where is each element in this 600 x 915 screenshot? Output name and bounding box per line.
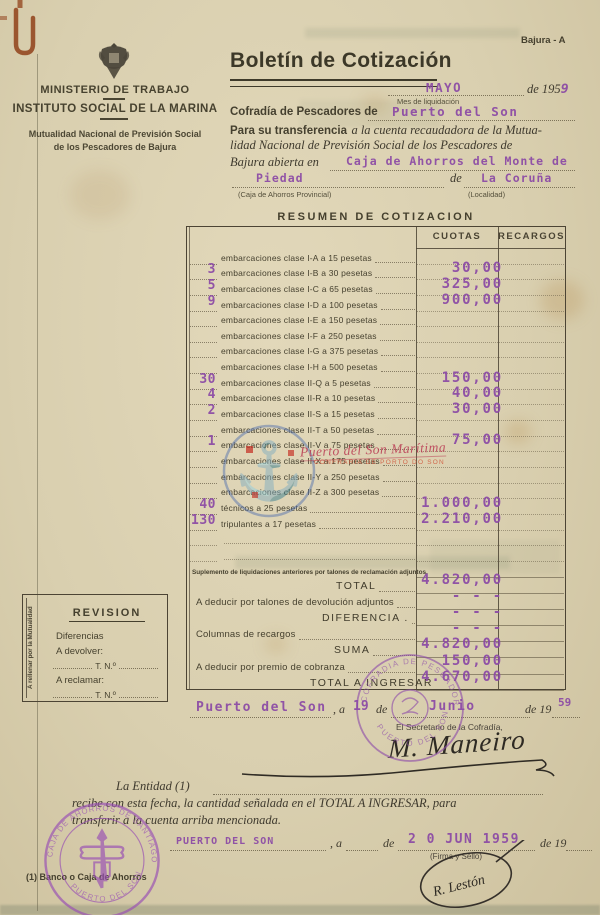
row-left-cell: DIFERENCIA . bbox=[190, 610, 416, 626]
cuota-value: 900,00 bbox=[442, 292, 503, 308]
recargo-cell bbox=[498, 296, 564, 312]
dot-leader bbox=[380, 340, 415, 341]
row-label: embarcaciones clase I-E a 150 pesetas bbox=[217, 315, 379, 327]
recargo-cell bbox=[498, 249, 564, 265]
table-row bbox=[190, 546, 564, 562]
table-row: embarcaciones clase I-E a 150 pesetas bbox=[190, 312, 564, 328]
cuota-cell bbox=[416, 312, 498, 328]
row-left-cell: embarcaciones clase I-H a 500 pesetas bbox=[190, 358, 416, 374]
row-label: embarcaciones clase I-A a 15 pesetas bbox=[217, 253, 374, 265]
cuota-value: 150,00 bbox=[442, 370, 503, 386]
recargo-cell bbox=[498, 343, 564, 359]
quantity-stamp: 9 bbox=[208, 294, 216, 309]
recargo-cell bbox=[498, 675, 564, 691]
row-label: embarcaciones clase I-B a 30 pesetas bbox=[217, 268, 374, 280]
row-label: embarcaciones clase I-C a 65 pesetas bbox=[217, 284, 375, 296]
dot-leader bbox=[381, 309, 415, 310]
rust-mark bbox=[0, 0, 60, 75]
divider bbox=[100, 118, 128, 120]
form-code: Bajura - A bbox=[521, 35, 566, 46]
recargo-cell bbox=[498, 642, 564, 658]
dot-leader bbox=[381, 371, 415, 372]
recargo-cell bbox=[498, 390, 564, 406]
revision-box: A rellenar por la Mutualidad REVISION Di… bbox=[22, 594, 168, 702]
cuota-cell bbox=[416, 531, 498, 547]
table-row: 3embarcaciones clase I-B a 30 pesetas30,… bbox=[190, 265, 564, 281]
table-row: 2embarcaciones clase II-S a 15 pesetas30… bbox=[190, 405, 564, 421]
de-label-2: de bbox=[383, 836, 394, 851]
table-row: 30embarcaciones clase II-Q a 5 pesetas15… bbox=[190, 374, 564, 390]
dot-leader bbox=[377, 434, 415, 435]
entity-label: La Entidad (1) bbox=[116, 779, 190, 794]
cofradia-round-stamp: COFRADIA DE PESCADORES PUERTO DEL SON bbox=[352, 650, 468, 766]
dot-leader bbox=[379, 591, 415, 592]
recargo-cell bbox=[498, 562, 564, 578]
footer-place-stamp: PUERTO DEL SON bbox=[176, 836, 274, 847]
revision-tn-line: T. N.º bbox=[53, 686, 158, 700]
cuota-cell bbox=[416, 343, 498, 359]
row-left-cell bbox=[190, 531, 416, 547]
revision-title-wrap: REVISION bbox=[47, 603, 167, 622]
row-left-cell: 3embarcaciones clase I-B a 30 pesetas bbox=[190, 265, 416, 281]
recargo-cell bbox=[498, 531, 564, 547]
cuota-value: 75,00 bbox=[452, 432, 503, 448]
summary-row: A deducir por talones de devolución adju… bbox=[190, 594, 564, 610]
summary-label: A deducir por talones de devolución adju… bbox=[192, 597, 396, 610]
summary-row: DIFERENCIA .- - - bbox=[190, 610, 564, 626]
table-title: RESUMEN DE COTIZACION bbox=[186, 211, 566, 223]
recargo-cell bbox=[498, 374, 564, 390]
recargo-cell bbox=[498, 578, 564, 594]
blank-line bbox=[190, 716, 331, 718]
paper-stain bbox=[70, 170, 130, 220]
row-left-cell: 30embarcaciones clase II-Q a 5 pesetas bbox=[190, 374, 416, 390]
quantity-stamp: 30 bbox=[199, 372, 216, 387]
quantity-stamp: 3 bbox=[208, 262, 216, 277]
row-label: embarcaciones clase I-H a 500 pesetas bbox=[217, 362, 380, 374]
blank-line bbox=[170, 849, 326, 851]
cuota-value: 30,00 bbox=[452, 401, 503, 417]
row-left-cell: A deducir por talones de devolución adju… bbox=[190, 594, 416, 610]
cuota-value: 1.000,00 bbox=[421, 495, 503, 511]
year-stamp: 9 bbox=[561, 82, 569, 97]
recargo-cell bbox=[498, 468, 564, 484]
document-page: MINISTERIO DE TRABAJO INSTITUTO SOCIAL D… bbox=[0, 0, 600, 915]
institute-title: INSTITUTO SOCIAL DE LA MARINA bbox=[0, 103, 230, 115]
summary-label: A deducir por premio de cobranza bbox=[192, 662, 347, 675]
recargo-cell bbox=[498, 658, 564, 674]
recargo-cell bbox=[498, 499, 564, 515]
mutualidad-line: de los Pescadores de Bajura bbox=[0, 142, 230, 152]
dot-leader bbox=[382, 496, 415, 497]
table-row: 5embarcaciones clase I-C a 65 pesetas325… bbox=[190, 280, 564, 296]
dot-leader bbox=[383, 481, 415, 482]
row-label: embarcaciones clase II-R a 10 pesetas bbox=[217, 393, 377, 405]
quantity-stamp: 4 bbox=[208, 387, 216, 402]
cuota-cell bbox=[416, 468, 498, 484]
bank-value-stamp: Caja de Ahorros del Monte de bbox=[346, 154, 568, 168]
recargo-cell bbox=[498, 515, 564, 531]
blank-line bbox=[464, 186, 575, 188]
quantity-blank bbox=[190, 467, 217, 484]
recargo-cell bbox=[498, 358, 564, 374]
blank-line bbox=[232, 186, 444, 188]
row-left-cell: embarcaciones clase I-F a 250 pesetas bbox=[190, 327, 416, 343]
bank-caption: (Caja de Ahorros Provincial) bbox=[238, 190, 331, 199]
anchor-icon: ⚓ bbox=[234, 439, 304, 503]
para-line-1: Para su transferencia a la cuenta recaud… bbox=[230, 121, 542, 139]
cuota-value: - - - bbox=[452, 588, 503, 604]
quantity-blank: 130 bbox=[190, 514, 217, 531]
table-row: embarcaciones clase I-H a 500 pesetas bbox=[190, 358, 564, 374]
dot-leader bbox=[376, 293, 415, 294]
recargo-cell bbox=[498, 594, 564, 610]
row-left-cell: Suplemento de liquidaciones anteriores p… bbox=[190, 562, 416, 578]
anchor-stamp: ⚓ bbox=[218, 420, 320, 522]
row-left-cell: embarcaciones clase I-G a 375 pesetas bbox=[190, 343, 416, 359]
summary-row: Suplemento de liquidaciones anteriores p… bbox=[190, 562, 564, 578]
quantity-blank: 2 bbox=[190, 404, 217, 421]
bleedthrough-mark bbox=[305, 28, 520, 38]
de-label: de bbox=[450, 171, 462, 186]
divider bbox=[103, 98, 125, 100]
row-label: embarcaciones clase II-Q a 5 pesetas bbox=[217, 378, 373, 390]
cuota-value: 2.210,00 bbox=[421, 511, 503, 527]
recargo-cell bbox=[498, 484, 564, 500]
para-line-3: Bajura abierta en bbox=[230, 155, 319, 170]
dot-leader bbox=[299, 639, 415, 640]
dot-leader bbox=[310, 512, 415, 513]
summary-label: Suplemento de liquidaciones anteriores p… bbox=[191, 569, 430, 578]
blank-line bbox=[552, 716, 580, 718]
dot-leader bbox=[381, 355, 415, 356]
para-line-2: lidad Nacional de Previsión Social de lo… bbox=[230, 138, 512, 153]
dot-leader bbox=[375, 277, 415, 278]
cuota-value: - - - bbox=[452, 620, 503, 636]
row-left-cell: embarcaciones clase I-A a 15 pesetas bbox=[190, 249, 416, 265]
blank-line bbox=[213, 793, 543, 795]
recargo-cell bbox=[498, 312, 564, 328]
quantity-blank bbox=[190, 451, 217, 468]
national-eagle-emblem bbox=[97, 41, 131, 81]
row-label: embarcaciones clase I-F a 250 pesetas bbox=[217, 331, 379, 343]
recargo-cell bbox=[498, 546, 564, 562]
table-row bbox=[190, 531, 564, 547]
row-left-cell: TOTAL bbox=[190, 578, 416, 594]
row-left-cell: embarcaciones clase I-E a 150 pesetas bbox=[190, 312, 416, 328]
year-printed: de 1959 bbox=[527, 82, 569, 97]
revision-tn-line: T. N.º bbox=[53, 657, 158, 671]
summary-label: TOTAL bbox=[332, 580, 378, 594]
cofradia-label: Cofradía de Pescadores de bbox=[230, 106, 378, 118]
place-stamp: Puerto del Son bbox=[196, 700, 327, 715]
cuota-cell: 2.210,00 bbox=[416, 515, 498, 531]
cuota-cell: 30,00 bbox=[416, 405, 498, 421]
cuota-cell: 900,00 bbox=[416, 296, 498, 312]
row-left-cell: 9embarcaciones clase I-D a 100 pesetas bbox=[190, 296, 416, 312]
dot-leader bbox=[380, 324, 415, 325]
bank-value-stamp-2: Piedad bbox=[256, 171, 304, 185]
column-header-recargos: RECARGOS bbox=[498, 231, 565, 242]
cuota-value: 325,00 bbox=[442, 276, 503, 292]
row-left-cell: 5embarcaciones clase I-C a 65 pesetas bbox=[190, 280, 416, 296]
year-stamp-2: 59 bbox=[558, 696, 571, 709]
summary-label: Columnas de recargos bbox=[192, 629, 298, 642]
dot-leader bbox=[374, 387, 415, 388]
row-left-cell: 2embarcaciones clase II-S a 15 pesetas bbox=[190, 405, 416, 421]
revision-side-label: A rellenar por la Mutualidad bbox=[26, 598, 46, 698]
cuota-value: 30,00 bbox=[452, 260, 503, 276]
mutualidad-line: Mutualidad Nacional de Previsión Social bbox=[0, 129, 230, 139]
summary-label: DIFERENCIA . bbox=[318, 612, 411, 626]
table-row: 9embarcaciones clase I-D a 100 pesetas90… bbox=[190, 296, 564, 312]
quantity-blank: 9 bbox=[190, 295, 217, 312]
month-stamp: MAYO bbox=[426, 80, 462, 95]
dot-leader bbox=[224, 559, 415, 560]
table-row: 4embarcaciones clase II-R a 10 pesetas40… bbox=[190, 390, 564, 406]
summary-row: TOTAL4.820,00 bbox=[190, 578, 564, 594]
revision-devolver: A devolver: bbox=[56, 646, 103, 657]
locality-value-stamp: La Coruña bbox=[481, 171, 552, 185]
quantity-blank bbox=[190, 530, 217, 547]
quantity-blank bbox=[190, 342, 217, 359]
title-underline bbox=[230, 79, 437, 87]
quantity-stamp: 40 bbox=[199, 497, 216, 512]
dot-leader bbox=[397, 607, 415, 608]
column-header-cuotas: CUOTAS bbox=[416, 231, 498, 242]
margin-rule bbox=[37, 54, 38, 911]
dot-leader bbox=[378, 418, 415, 419]
quantity-blank bbox=[190, 326, 217, 343]
table-row: embarcaciones clase I-A a 15 pesetas bbox=[190, 249, 564, 265]
quantity-blank bbox=[190, 545, 217, 562]
row-label: embarcaciones clase I-D a 100 pesetas bbox=[217, 300, 380, 312]
svg-text:R. Lestón: R. Lestón bbox=[431, 873, 487, 901]
row-left-cell: 4embarcaciones clase II-R a 10 pesetas bbox=[190, 390, 416, 406]
row-left-cell bbox=[190, 546, 416, 562]
summary-row: Columnas de recargos- - - bbox=[190, 626, 564, 642]
cuota-value: 4.820,00 bbox=[421, 572, 503, 588]
cofradia-value-stamp: Puerto del Son bbox=[392, 104, 518, 119]
cuota-value: 40,00 bbox=[452, 385, 503, 401]
recargo-cell bbox=[498, 610, 564, 626]
cuota-value: - - - bbox=[452, 604, 503, 620]
dot-leader bbox=[319, 528, 415, 529]
recargo-cell bbox=[498, 280, 564, 296]
dot-leader bbox=[378, 402, 415, 403]
blank-line bbox=[566, 849, 592, 851]
recargo-cell bbox=[498, 405, 564, 421]
a-label: , a bbox=[333, 702, 345, 717]
recargo-cell bbox=[498, 421, 564, 437]
recargo-cell bbox=[498, 265, 564, 281]
revision-diferencias: Diferencias bbox=[56, 631, 104, 642]
quantity-stamp: 1 bbox=[208, 434, 216, 449]
quantity-stamp: 2 bbox=[208, 403, 216, 418]
locality-caption: (Localidad) bbox=[468, 190, 505, 199]
quantity-stamp: 5 bbox=[208, 278, 216, 293]
year-label: de 19 bbox=[525, 702, 551, 717]
cuota-cell bbox=[416, 327, 498, 343]
table-row: embarcaciones clase I-G a 375 pesetas bbox=[190, 343, 564, 359]
recargo-cell bbox=[498, 437, 564, 453]
revision-title: REVISION bbox=[69, 607, 146, 622]
caja-ahorros-round-stamp: CAJA DE AHORROS DE SANTIAGO PUERTO DEL S… bbox=[36, 798, 168, 915]
dot-leader bbox=[412, 623, 415, 624]
recargo-cell bbox=[498, 626, 564, 642]
page-title: Boletín de Cotización bbox=[230, 49, 452, 73]
quantity-blank bbox=[190, 311, 217, 328]
handwritten-signature: R. Lestón bbox=[398, 840, 548, 914]
row-label: embarcaciones clase I-G a 375 pesetas bbox=[217, 346, 380, 358]
dot-leader bbox=[224, 543, 415, 544]
recargo-cell bbox=[498, 452, 564, 468]
recargo-cell bbox=[498, 327, 564, 343]
dot-leader bbox=[375, 262, 415, 263]
cuota-cell bbox=[416, 546, 498, 562]
table-row: embarcaciones clase I-F a 250 pesetas bbox=[190, 327, 564, 343]
svg-text:PUERTO DEL SON: PUERTO DEL SON bbox=[375, 709, 450, 748]
blank-line bbox=[346, 849, 378, 851]
revision-reclamar: A reclamar: bbox=[56, 675, 104, 686]
red-caps-overprint: CONFRARIA DE PORTO DO SON bbox=[314, 459, 445, 466]
row-left-cell: Columnas de recargos bbox=[190, 626, 416, 642]
a-label-2: , a bbox=[330, 836, 342, 851]
quantity-blank: 1 bbox=[190, 436, 217, 453]
ministry-title: MINISTERIO DE TRABAJO bbox=[0, 84, 230, 96]
quantity-stamp: 130 bbox=[191, 513, 216, 528]
